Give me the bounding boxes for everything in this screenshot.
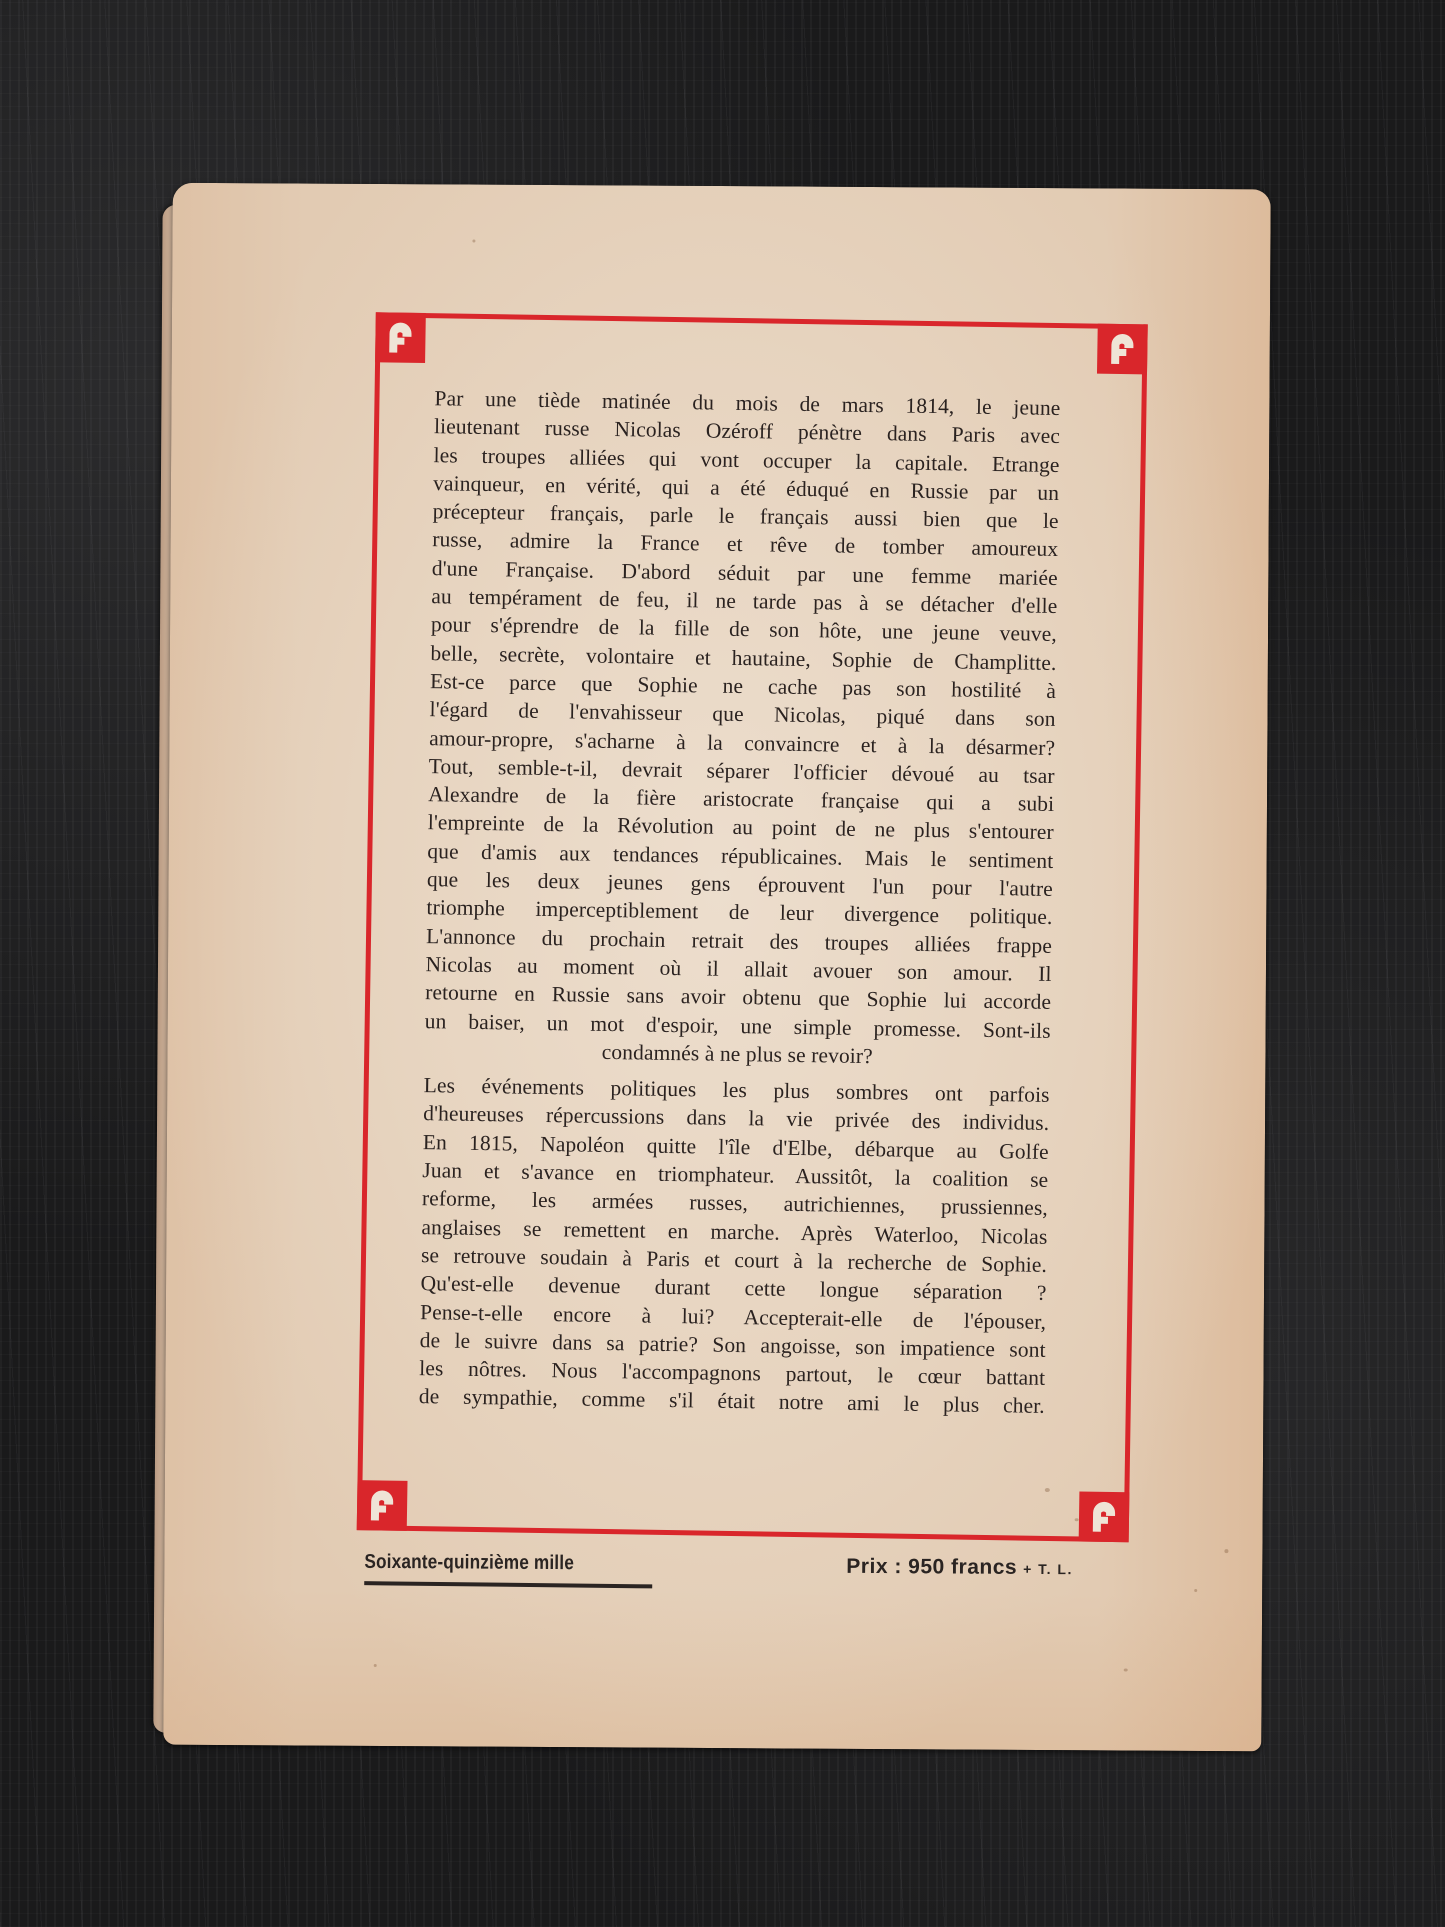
edition-label: Soixante-quinzième mille: [364, 1551, 574, 1575]
book: Par une tiède matinée du mois de mars 18…: [153, 183, 1271, 1752]
f-glyph-icon: [1085, 1498, 1124, 1537]
price-label: Prix : 950 francs+ T. L.: [846, 1555, 1073, 1580]
back-cover: Par une tiède matinée du mois de mars 18…: [163, 183, 1271, 1752]
paper-stain: [1124, 1669, 1128, 1672]
f-glyph-icon: [381, 318, 420, 357]
price-tax-suffix: + T. L.: [1023, 1561, 1073, 1577]
publisher-f-logo-icon: [375, 312, 426, 363]
blurb-paragraph-2: Les événements politiques les plus sombr…: [419, 1071, 1050, 1420]
paper-stain: [1224, 1549, 1228, 1553]
paper-stain: [374, 1664, 377, 1667]
publisher-f-logo-icon: [1097, 324, 1148, 375]
paper-stain: [472, 240, 475, 243]
red-border-frame: Par une tiède matinée du mois de mars 18…: [357, 312, 1148, 1542]
f-glyph-icon: [363, 1486, 402, 1525]
price-amount: Prix : 950 francs: [846, 1555, 1017, 1579]
paper-stain: [1194, 1589, 1197, 1592]
f-glyph-icon: [1103, 330, 1142, 369]
blurb-paragraph-1: Par une tiède matinée du mois de mars 18…: [424, 384, 1061, 1073]
publisher-f-logo-icon: [1079, 1491, 1130, 1542]
publisher-f-logo-icon: [357, 1480, 408, 1531]
edition-underline: [364, 1581, 652, 1588]
blurb-text: Par une tiède matinée du mois de mars 18…: [419, 384, 1061, 1420]
